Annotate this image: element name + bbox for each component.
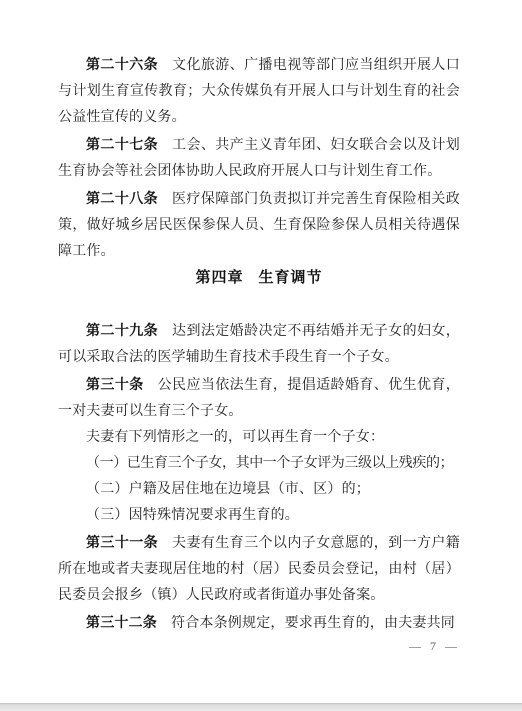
chapter-title: 生育调节	[259, 269, 323, 286]
document-page: 第二十六条文化旅游、广播电视等部门应当组织开展人口与计划生育宣传教育；大众传媒负…	[0, 0, 522, 711]
article-paragraph: 第三十二条符合本条例规定，要求再生育的，由夫妻共同	[58, 609, 460, 637]
article-text: 符合本条例规定，要求再生育的，由夫妻共同	[171, 616, 455, 631]
article-paragraph: 第二十七条工会、共产主义青年团、妇女联合会以及计划生育协会等社会团体协助人民政府…	[58, 131, 460, 185]
list-item: （一）已生育三个子女，其中一个子女评为三级以上残疾的；	[58, 451, 460, 477]
chapter-number: 第四章	[195, 269, 258, 286]
list-item: （二）户籍及居住地在边境县（市、区）的；	[58, 477, 460, 503]
list-item-text: （三）因特殊情况要求再生育的。	[86, 508, 299, 523]
article-number: 第二十七条	[86, 136, 172, 152]
article-number: 第二十九条	[86, 322, 172, 338]
article-paragraph: 第三十一条夫妻有生育三个以内子女意愿的，到一方户籍所在地或者夫妻现居住地的村（居…	[58, 529, 460, 609]
chapter-heading: 第四章生育调节	[58, 265, 460, 291]
article-number: 第三十二条	[86, 614, 171, 630]
page-number: — 7 —	[409, 639, 460, 653]
document-body: 第二十六条文化旅游、广播电视等部门应当组织开展人口与计划生育宣传教育；大众传媒负…	[58, 51, 460, 637]
page-bottom-edge	[0, 703, 522, 711]
list-item: （三）因特殊情况要求再生育的。	[58, 503, 460, 529]
article-number: 第三十一条	[86, 534, 172, 550]
paragraph-text: 夫妻有下列情形之一的，可以再生育一个子女：	[86, 430, 384, 445]
article-number: 第二十八条	[86, 190, 172, 206]
list-item-text: （二）户籍及居住地在边境县（市、区）的；	[86, 482, 370, 497]
article-paragraph: 第二十九条达到法定婚龄决定不再结婚并无子女的妇女，可以采取合法的医学辅助生育技术…	[58, 317, 460, 371]
article-paragraph: 第三十条公民应当依法生育，提倡适龄婚育、优生优育，一对夫妻可以生育三个子女。	[58, 371, 460, 425]
article-number: 第二十六条	[86, 56, 172, 72]
article-number: 第三十条	[86, 376, 158, 392]
list-item-text: （一）已生育三个子女，其中一个子女评为三级以上残疾的；	[86, 456, 453, 471]
body-paragraph: 夫妻有下列情形之一的，可以再生育一个子女：	[58, 425, 460, 451]
article-paragraph: 第二十八条医疗保障部门负责拟订并完善生育保险相关政策，做好城乡居民医保参保人员、…	[58, 185, 460, 265]
article-paragraph: 第二十六条文化旅游、广播电视等部门应当组织开展人口与计划生育宣传教育；大众传媒负…	[58, 51, 460, 131]
